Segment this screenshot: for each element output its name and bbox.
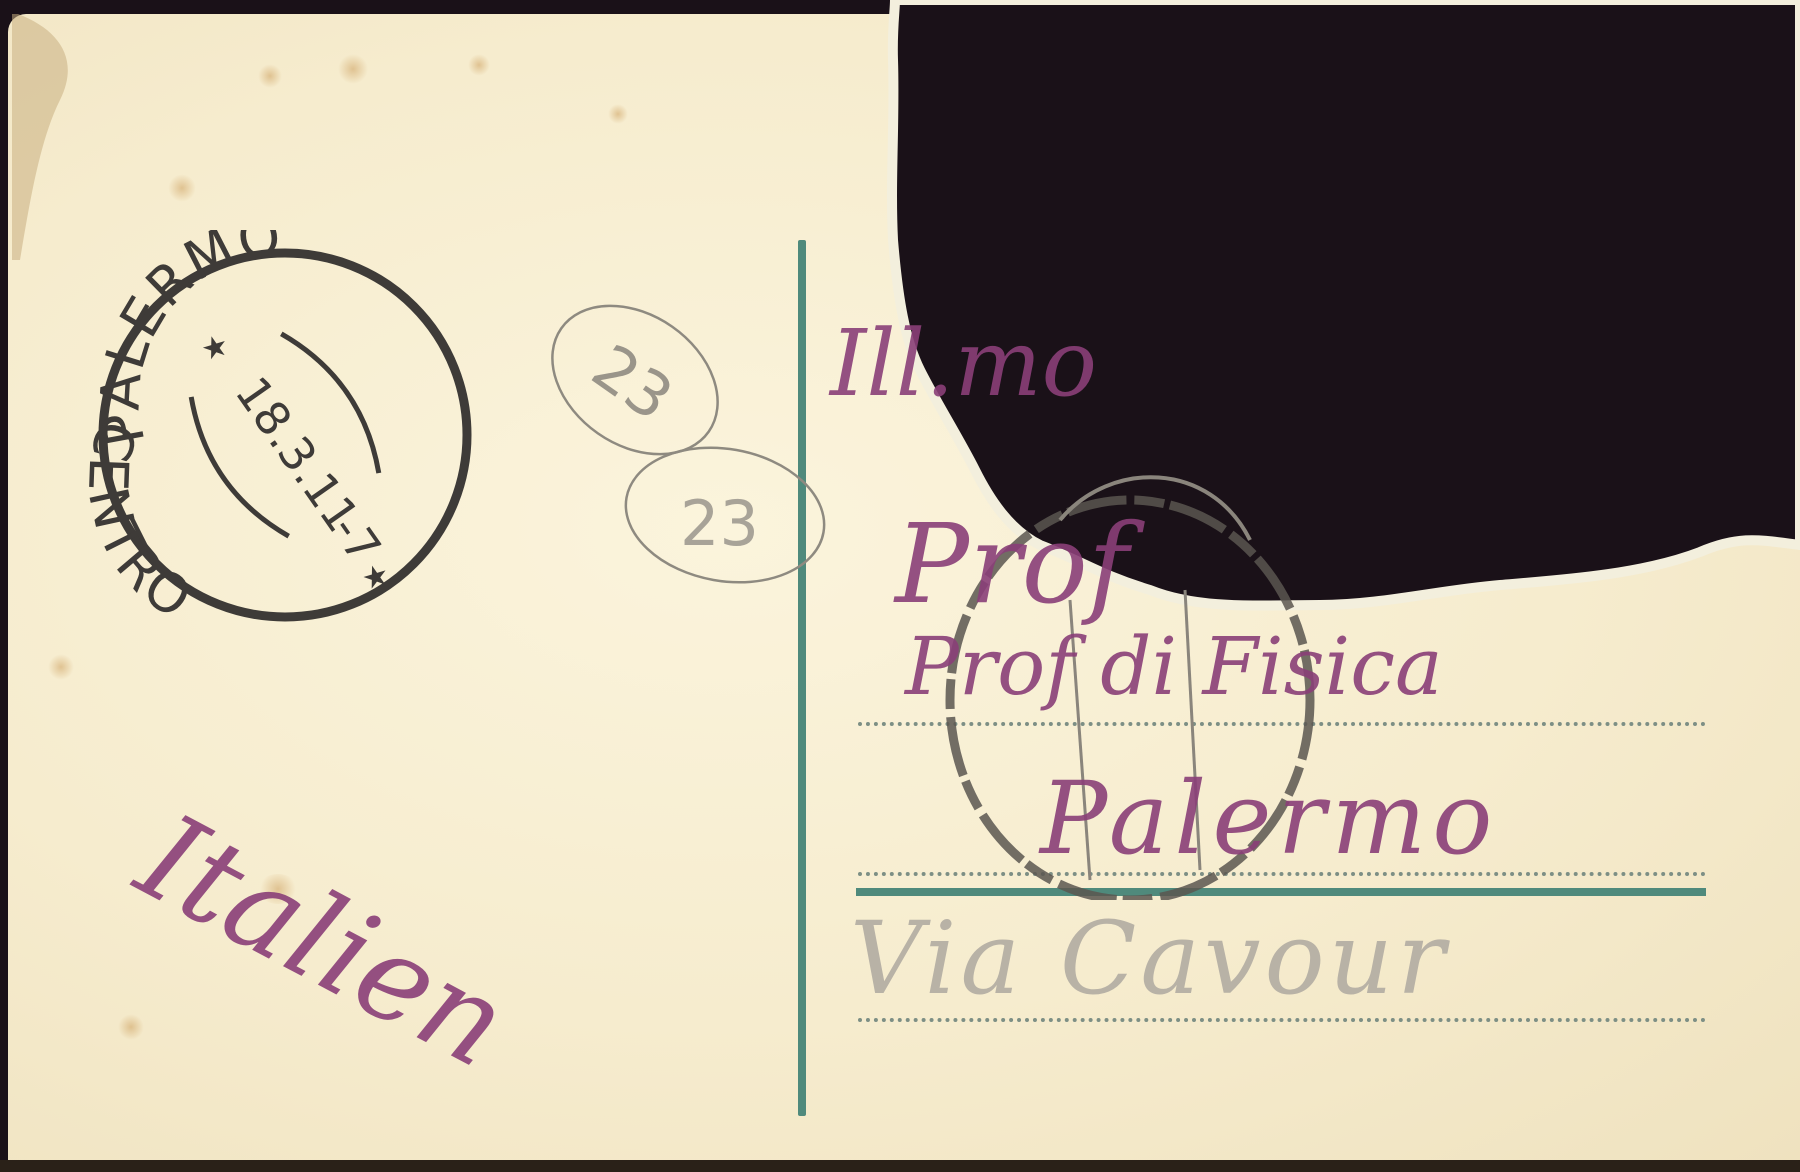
oval-stamp-number: 23 [579,330,686,435]
address-line-salutation: Ill.mo [830,310,1097,417]
postmark-bottom-text: CENTRO [80,414,204,632]
star-icon: ★ [193,327,237,369]
address-line-title: Prof [895,500,1129,628]
address-line-profession: Prof di Fisica [905,620,1443,713]
address-line-city: Palermo [1040,760,1498,877]
foxing-stain [338,54,368,84]
foxing-stain [48,654,74,680]
foxing-stain [258,64,282,88]
oval-stamp-number: 23 [680,487,759,560]
postmark-palermo-centro: PALERMO CENTRO 18.3.11 -7 ★ ★ [80,230,490,640]
address-line-3 [858,1018,1706,1022]
foxing-stain [608,104,628,124]
foxing-stain [468,54,490,76]
svg-text:CENTRO: CENTRO [80,414,204,632]
address-line-street-pencil: Via Cavour [850,900,1449,1017]
foxing-stain [118,1014,144,1040]
oval-stamps: 23 23 [540,280,860,600]
foxing-stain [168,174,196,202]
